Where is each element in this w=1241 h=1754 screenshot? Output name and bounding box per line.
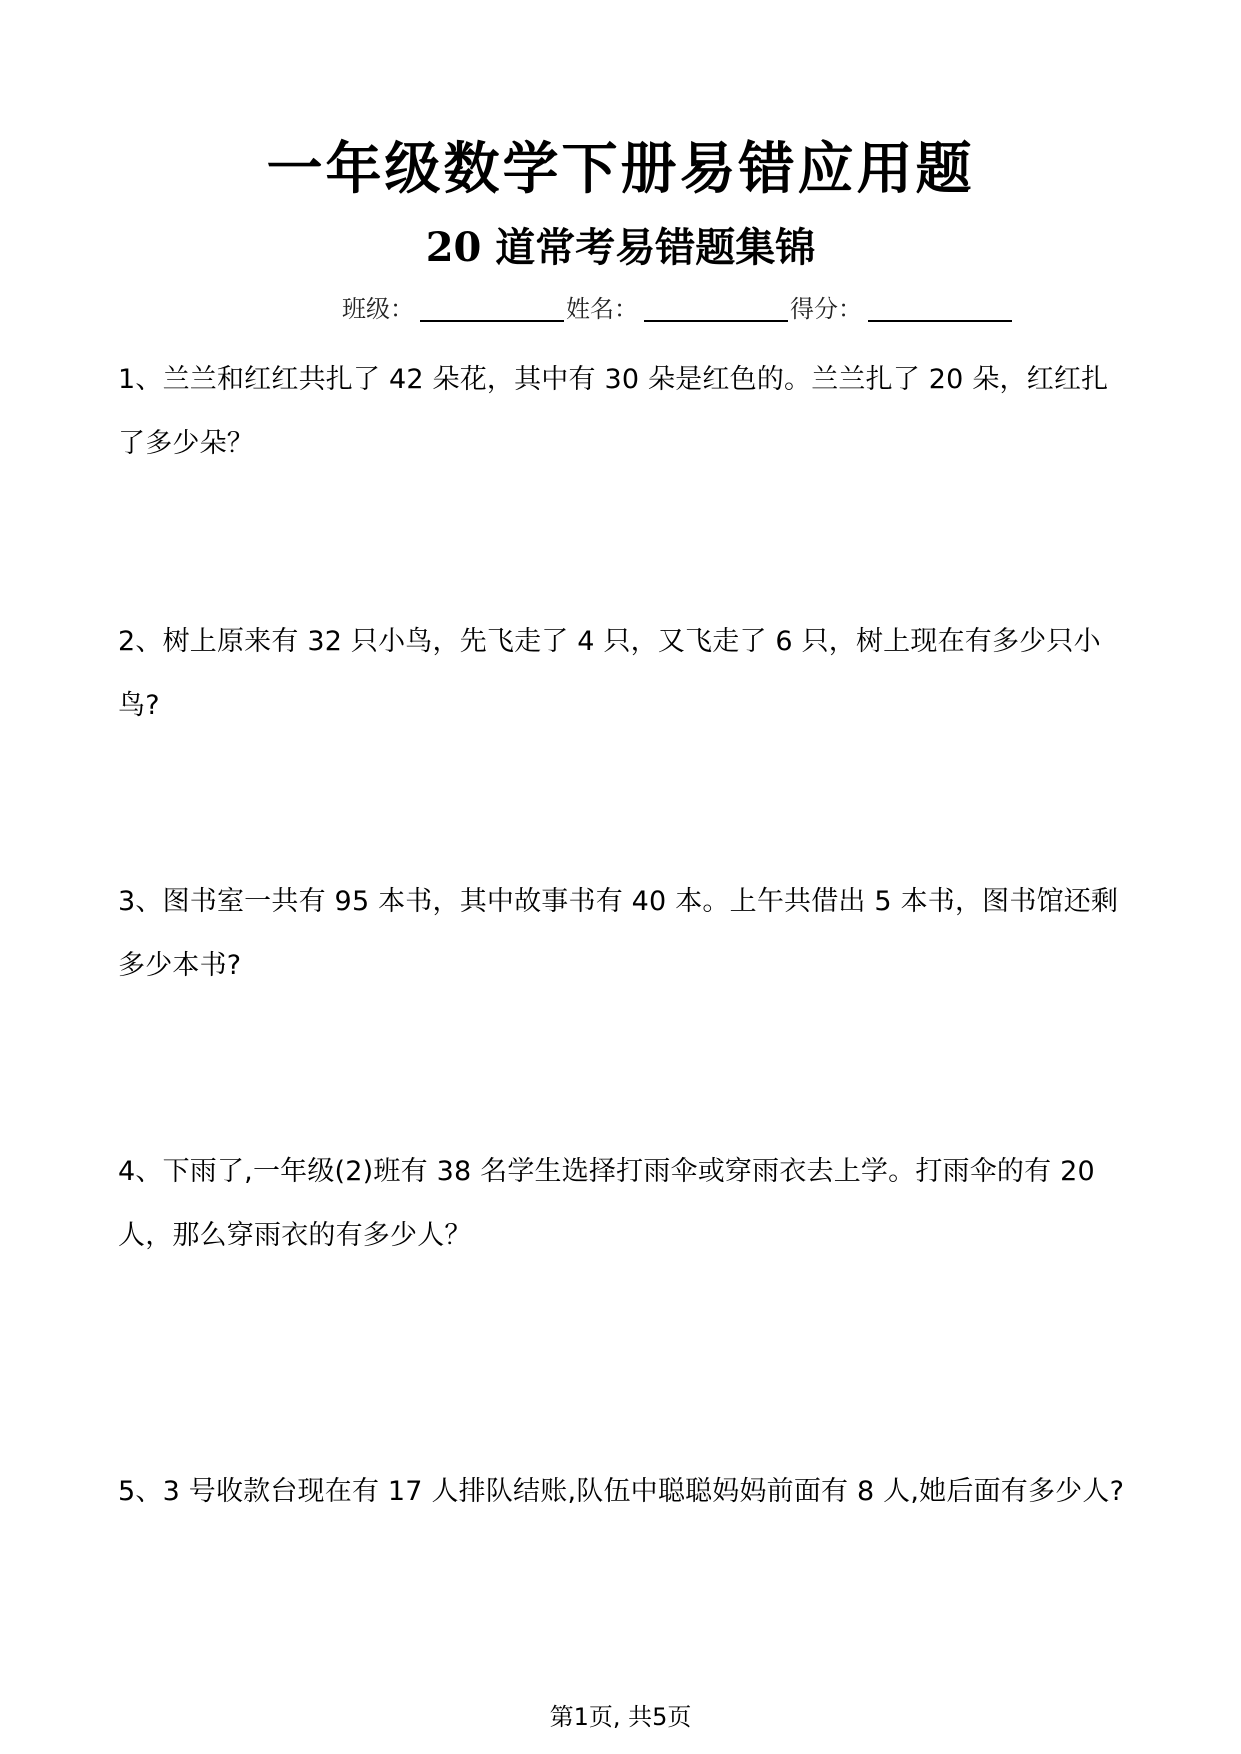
- page-footer: 第1页, 共5页: [0, 1700, 1241, 1734]
- worksheet-page: 一年级数学下册易错应用题 20 道常考易错题集锦 班级： 姓名： 得分： 1、兰…: [0, 0, 1241, 1754]
- question-3: 3、图书室一共有 95 本书，其中故事书有 40 本。上午共借出 5 本书，图书…: [118, 870, 1128, 998]
- question-5: 5、3 号收款台现在有 17 人排队结账,队伍中聪聪妈妈前面有 8 人,她后面有…: [118, 1460, 1128, 1524]
- name-label: 姓名：: [566, 292, 638, 326]
- document-subtitle: 20 道常考易错题集锦: [0, 220, 1241, 276]
- document-title: 一年级数学下册易错应用题: [0, 135, 1241, 205]
- question-4: 4、下雨了,一年级(2)班有 38 名学生选择打雨伞或穿雨衣去上学。打雨伞的有 …: [118, 1140, 1128, 1268]
- name-blank-line[interactable]: [644, 294, 788, 322]
- class-blank-line[interactable]: [420, 294, 564, 322]
- question-1: 1、兰兰和红红共扎了 42 朵花，其中有 30 朵是红色的。兰兰扎了 20 朵，…: [118, 348, 1128, 476]
- student-info-row: 班级： 姓名： 得分：: [342, 292, 1014, 326]
- class-label: 班级：: [342, 292, 414, 326]
- score-blank-line[interactable]: [868, 294, 1012, 322]
- score-label: 得分：: [790, 292, 862, 326]
- question-2: 2、树上原来有 32 只小鸟，先飞走了 4 只，又飞走了 6 只，树上现在有多少…: [118, 610, 1128, 738]
